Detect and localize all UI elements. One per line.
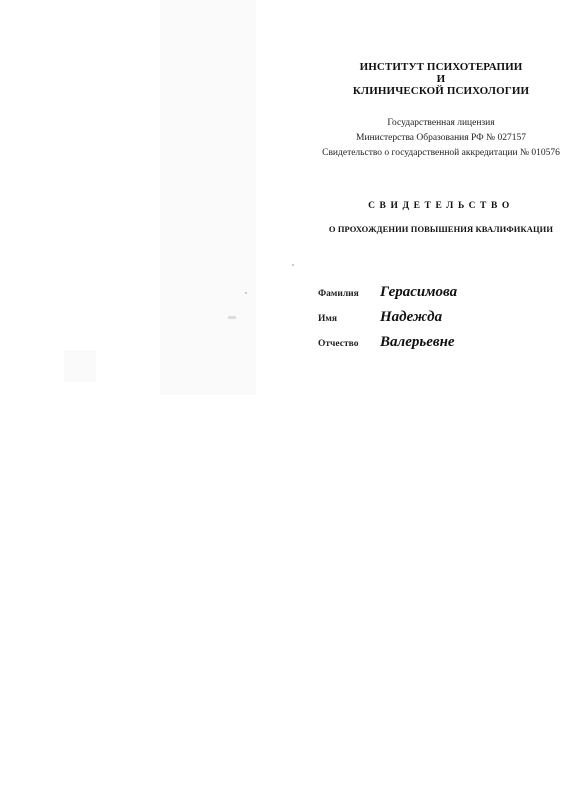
field-patronymic: Отчество Валерьевне <box>318 334 457 359</box>
surname-value: Герасимова <box>380 284 457 301</box>
patronymic-label: Отчество <box>318 339 380 349</box>
license-line-2: Министерства Образования РФ № 027157 <box>300 131 582 146</box>
license-info: Государственная лицензия Министерства Об… <box>300 116 582 161</box>
first-name-label: Имя <box>318 314 380 324</box>
scan-shadow <box>64 350 96 382</box>
personal-fields: Фамилия Герасимова Имя Надежда Отчество … <box>318 284 457 359</box>
institute-line-3: КЛИНИЧЕСКОЙ ПСИХОЛОГИИ <box>300 85 582 97</box>
certificate-title: СВИДЕТЕЛЬСТВО <box>300 201 582 211</box>
scan-speck <box>292 264 294 266</box>
patronymic-value: Валерьевне <box>380 334 455 351</box>
scan-speck <box>228 316 236 319</box>
certificate-subtitle: О ПРОХОЖДЕНИИ ПОВЫШЕНИЯ КВАЛИФИКАЦИИ <box>300 224 582 234</box>
license-line-1: Государственная лицензия <box>300 116 582 131</box>
license-line-3: Свидетельство о государственной аккредит… <box>300 146 582 161</box>
field-surname: Фамилия Герасимова <box>318 284 457 309</box>
scan-speck <box>245 292 247 294</box>
field-first-name: Имя Надежда <box>318 309 457 334</box>
scan-shadow <box>160 0 256 395</box>
institute-line-1: ИНСТИТУТ ПСИХОТЕРАПИИ <box>300 61 582 73</box>
first-name-value: Надежда <box>380 309 442 326</box>
surname-label: Фамилия <box>318 289 380 299</box>
institute-line-2: И <box>300 73 582 85</box>
scanned-page: ИНСТИТУТ ПСИХОТЕРАПИИ И КЛИНИЧЕСКОЙ ПСИХ… <box>0 0 582 800</box>
institute-name: ИНСТИТУТ ПСИХОТЕРАПИИ И КЛИНИЧЕСКОЙ ПСИХ… <box>300 61 582 97</box>
